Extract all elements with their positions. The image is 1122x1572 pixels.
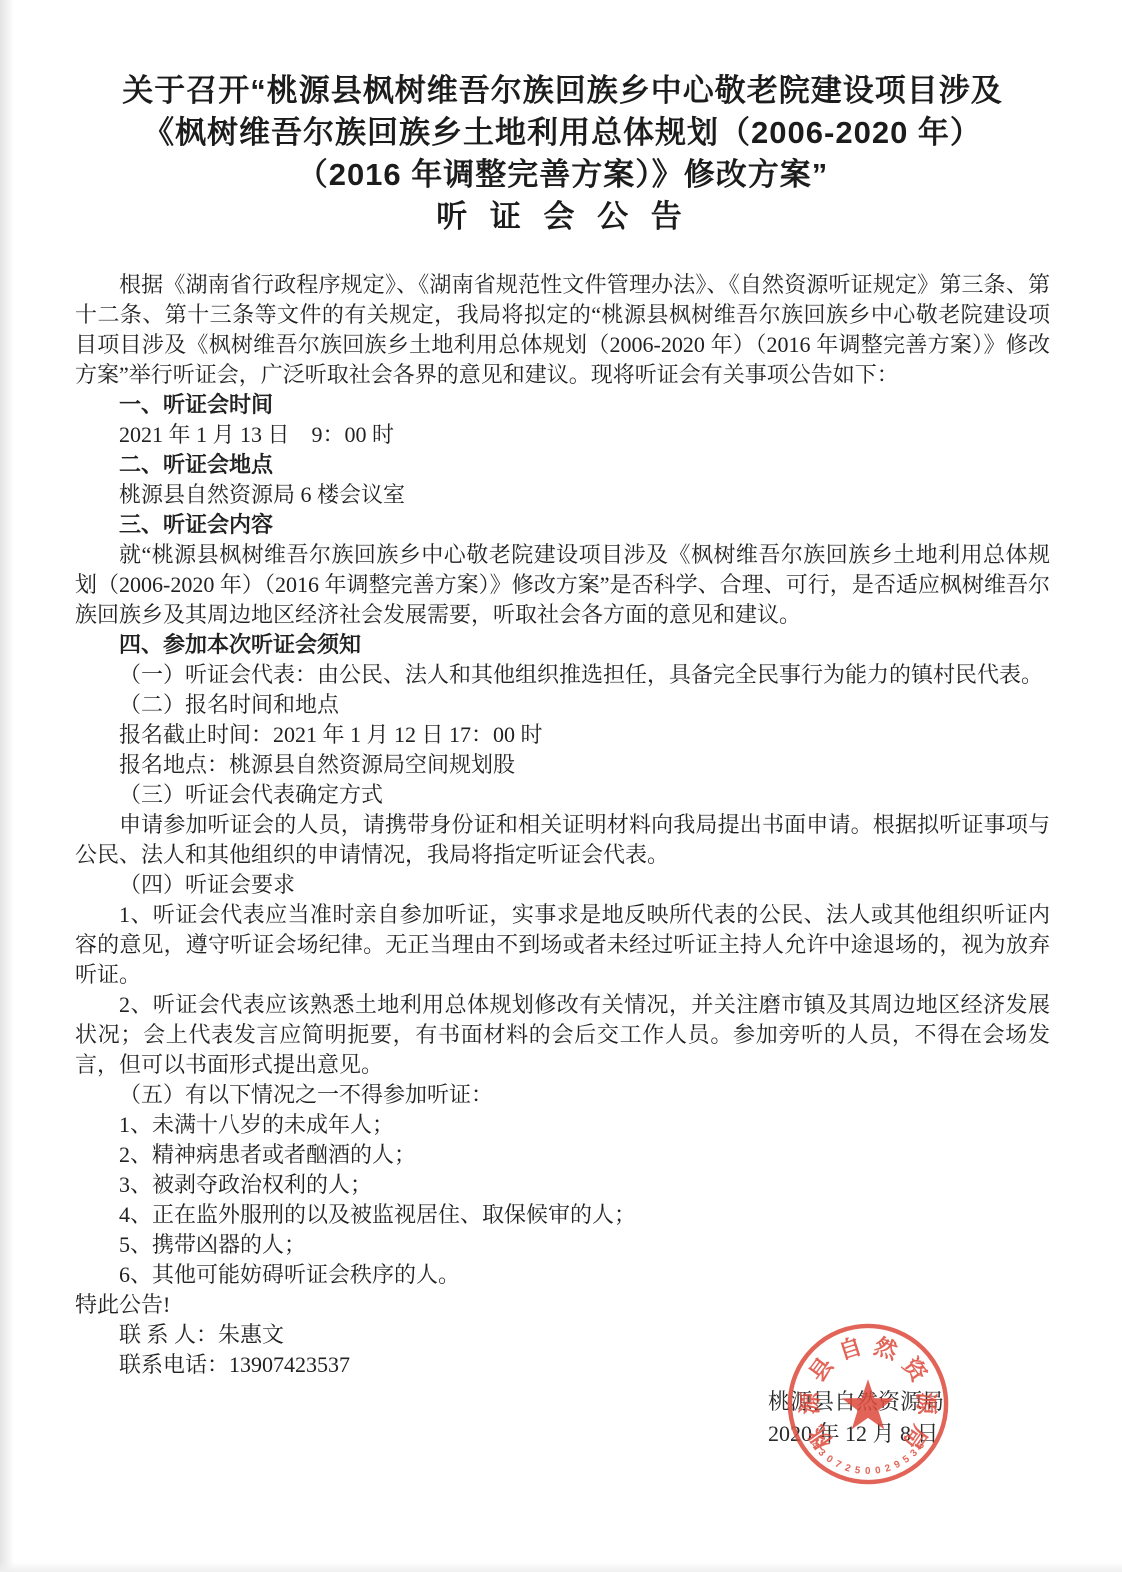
exclusion-6: 6、其他可能妨碍听证会秩序的人。 <box>75 1260 1050 1290</box>
intro-paragraph: 根据《湖南省行政程序规定》、《湖南省规范性文件管理办法》、《自然资源听证规定》第… <box>75 270 1050 390</box>
closing-statement: 特此公告! <box>75 1290 1050 1320</box>
seal-code-digit: 0 <box>874 1465 882 1477</box>
exclusion-5: 5、携带凶器的人； <box>75 1230 1050 1260</box>
seal-ring-char: 然 <box>871 1333 901 1365</box>
seal-ring-char: 源 <box>796 1390 822 1414</box>
seal-ring-char: 自 <box>835 1333 865 1365</box>
hearing-time-value: 2021 年 1 月 13 日 9：00 时 <box>75 420 1050 450</box>
seal-code-digit: 5 <box>854 1465 862 1477</box>
exclusion-3: 3、被剥夺政治权利的人； <box>75 1170 1050 1200</box>
title-line-1: 关于召开“桃源县枫树维吾尔族回族乡中心敬老院建设项目涉及 <box>75 70 1050 112</box>
document-content: 关于召开“桃源县枫树维吾尔族回族乡中心敬老院建设项目涉及 《枫树维吾尔族回族乡土… <box>75 70 1050 1380</box>
seal-code-digit: 5 <box>901 1453 912 1465</box>
seal-code-digit: 0 <box>865 1466 871 1477</box>
seal-star-icon <box>842 1379 895 1429</box>
notice-item-representatives: （一）听证会代表：由公民、法人和其他组织推选担任，具备完全民事行为能力的镇村民代… <box>75 660 1050 690</box>
exclusion-2: 2、精神病患者或者酗酒的人； <box>75 1140 1050 1170</box>
seal-code-digit: 2 <box>843 1462 852 1474</box>
notice-item-registration: （二）报名时间和地点 <box>75 690 1050 720</box>
official-seal: 桃 源 县 自 然 资 源 局 4 3 0 7 2 5 0 0 2 9 5 3 … <box>784 1320 952 1488</box>
heading-hearing-venue: 二、听证会地点 <box>75 450 1050 480</box>
seal-ring-char: 局 <box>899 1421 933 1455</box>
notice-item-exclusions: （五）有以下情况之一不得参加听证： <box>75 1080 1050 1110</box>
registration-location: 报名地点：桃源县自然资源局空间规划股 <box>75 750 1050 780</box>
seal-code-digit: 2 <box>884 1462 893 1474</box>
notice-item-method-detail: 申请参加听证会的人员，请携带身份证和相关证明材料向我局提出书面申请。根据拟听证事… <box>75 810 1050 870</box>
heading-participation-notice: 四、参加本次听证会须知 <box>75 630 1050 660</box>
seal-code-digit: 7 <box>833 1459 843 1472</box>
hearing-content-paragraph: 就“桃源县枫树维吾尔族回族乡中心敬老院建设项目涉及《枫树维吾尔族回族乡土地利用总… <box>75 540 1050 630</box>
title-line-3: （2016 年调整完善方案）》修改方案” <box>75 154 1050 196</box>
requirement-2: 2、听证会代表应该熟悉土地利用总体规划修改有关情况，并关注磨市镇及其周边地区经济… <box>75 990 1050 1080</box>
hearing-venue-value: 桃源县自然资源局 6 楼会议室 <box>75 480 1050 510</box>
title-line-4: 听 证 会 公 告 <box>75 196 1050 238</box>
seal-code-digit: 0 <box>824 1453 835 1465</box>
notice-item-method: （三）听证会代表确定方式 <box>75 780 1050 810</box>
requirement-1: 1、听证会代表应当准时亲自参加听证，实事求是地反映所代表的公民、法人或其他组织听… <box>75 900 1050 990</box>
document-title: 关于召开“桃源县枫树维吾尔族回族乡中心敬老院建设项目涉及 《枫树维吾尔族回族乡土… <box>75 70 1050 238</box>
title-line-2: 《枫树维吾尔族回族乡土地利用总体规划（2006-2020 年） <box>75 112 1050 154</box>
seal-ring-char: 资 <box>898 1352 933 1387</box>
scan-edge <box>0 1562 1122 1572</box>
heading-hearing-time: 一、听证会时间 <box>75 390 1050 420</box>
seal-code-digit: 9 <box>893 1459 903 1472</box>
document-body: 根据《湖南省行政程序规定》、《湖南省规范性文件管理办法》、《自然资源听证规定》第… <box>75 270 1050 1380</box>
announcement-page: 关于召开“桃源县枫树维吾尔族回族乡中心敬老院建设项目涉及 《枫树维吾尔族回族乡土… <box>0 0 1122 1572</box>
exclusion-1: 1、未满十八岁的未成年人； <box>75 1110 1050 1140</box>
heading-hearing-content: 三、听证会内容 <box>75 510 1050 540</box>
registration-deadline: 报名截止时间：2021 年 1 月 12 日 17：00 时 <box>75 720 1050 750</box>
scan-edge <box>0 0 14 1572</box>
seal-ring-char: 县 <box>804 1352 839 1386</box>
seal-ring-char: 源 <box>913 1392 939 1416</box>
notice-item-requirements: （四）听证会要求 <box>75 870 1050 900</box>
exclusion-4: 4、正在监外服刑的以及被监视居住、取保候审的人； <box>75 1200 1050 1230</box>
